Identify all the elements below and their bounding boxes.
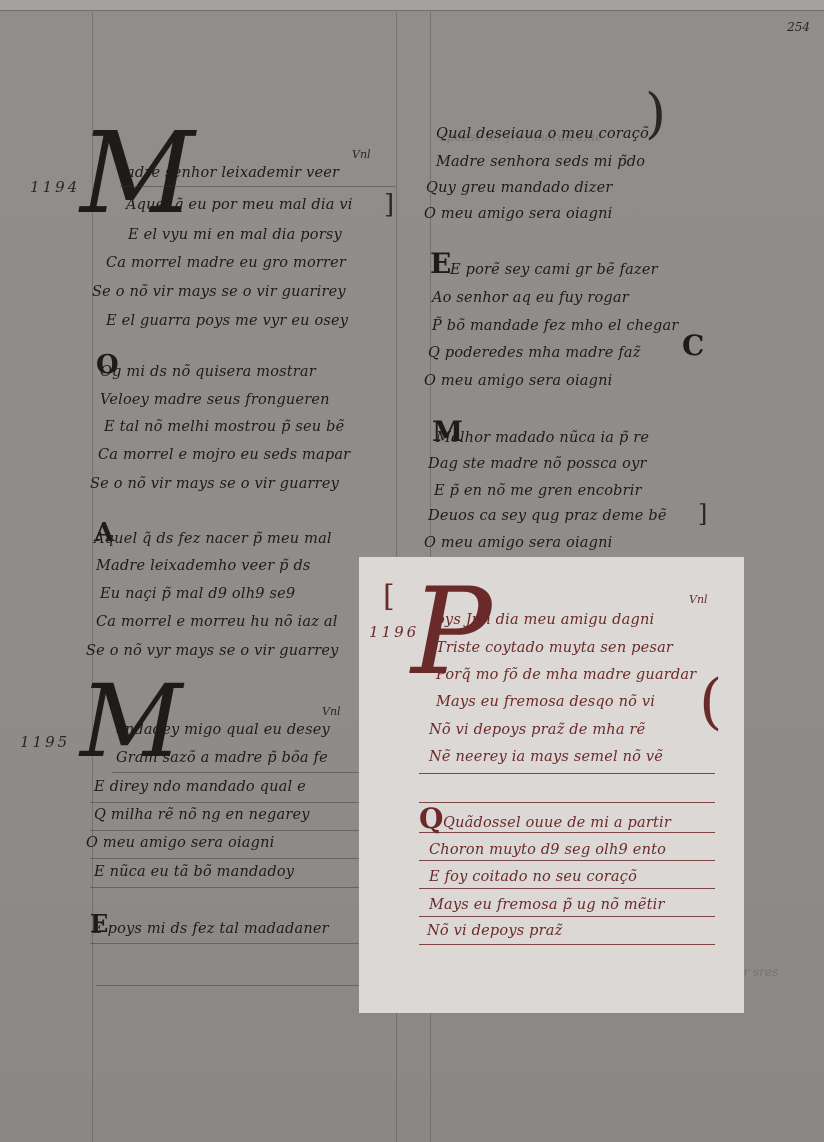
verse-line: O meu amigo sera oiagni — [424, 535, 613, 551]
verse-line: Madre leixademho veer p̃ ds — [96, 558, 311, 574]
ruling — [120, 186, 395, 187]
corner-mark: Vnl — [352, 148, 371, 161]
verse-line: P̃ bõ mandade fez mho el chegar — [432, 318, 678, 334]
corner-mark: Vnl — [322, 705, 341, 718]
verse-line: O meu amigo sera oiagni — [86, 835, 275, 851]
margin-bracket: ( — [699, 667, 722, 737]
verse-line: Madre senhora seds mi p̃do — [436, 154, 645, 170]
verse-line: Porq̃ mo fõ de mha madre guardar — [436, 667, 696, 683]
verse-line: Ca morrel madre eu gro morrer — [106, 255, 346, 271]
verse-line: Qual deseiaua o meu coraçõ — [436, 126, 649, 142]
ruling — [90, 887, 390, 888]
ruling — [419, 916, 715, 917]
ruling — [90, 943, 390, 944]
ruling — [90, 830, 390, 831]
stanza-initial: E — [430, 250, 451, 278]
verse-line: O meu amigo sera oiagni — [424, 373, 613, 389]
manuscript-page: 254 cpoese ler fres moran eme nos aanau … — [0, 0, 824, 1142]
verse-line: Mays eu fremosa p̃ ug nõ mẽtir — [429, 897, 665, 913]
verse-line: Dag ste madre nõ possca oyr — [428, 456, 647, 472]
verse-line: Nõ vi depoys praz̃ de mha rẽ — [429, 722, 645, 738]
verse-line: Aquel q̃ ds fez nacer p̃ meu mal — [94, 531, 332, 547]
page-top-edge — [0, 0, 824, 11]
verse-line: adre senhor leixademir veer — [126, 165, 339, 181]
verse-line: Og mi ds nõ quisera mostrar — [100, 364, 316, 380]
verse-line: E p̃ en nõ me gren encobrir — [434, 483, 642, 499]
verse-line: Mays eu fremosa desqo nõ vi — [436, 694, 655, 710]
verse-line: Quãdossel ouue de mi a partir — [443, 815, 671, 831]
verse-line: O meu amigo sera oiagni — [424, 206, 613, 222]
verse-line: Q milha rẽ nõ ng en negarey — [94, 807, 310, 823]
ruling — [90, 802, 390, 803]
verse-line: Ca morrel e morreu hu nõ iaz al — [96, 614, 338, 630]
ruling — [419, 802, 715, 803]
verse-line: Se o nõ vir mays se o vir guarrey — [90, 476, 339, 492]
verse-line: Se o nõ vir mays se o vir guarirey — [92, 284, 346, 300]
verse-line: E foy coitado no seu coraçõ — [429, 869, 637, 885]
verse-line: E el guarra poys me vyr eu osey — [106, 313, 348, 329]
ruling — [419, 860, 715, 861]
verse-line: Veloey madre seus frongueren — [100, 392, 330, 408]
verse-line: Ao senhor aq eu fuy rogar — [432, 290, 629, 306]
verse-line: Choron muyto d9 seg olh9 ento — [429, 842, 666, 858]
verse-line: Q poderedes mha madre faz̃ — [428, 345, 641, 361]
corner-mark: Vnl — [689, 593, 708, 606]
verse-line: Deuos ca sey qug praz deme bẽ — [428, 508, 667, 524]
verse-line: Triste coytado muyta sen pesar — [436, 640, 673, 656]
highlighted-region: 1196 P Vnl [ oys Jun dia meu amigu dagni… — [359, 557, 744, 1013]
verse-line: Nẽ neerey ia mays semel nõ vẽ — [429, 749, 663, 765]
margin-bracket: ) — [645, 82, 666, 145]
verse-line: oys Jun dia meu amigu dagni — [436, 612, 654, 628]
margin-bracket: [ — [383, 579, 395, 614]
verse-line: Se o nõ vyr mays se o vir guarrey — [86, 643, 339, 659]
ruling — [419, 888, 715, 889]
verse-line: Gram sazõ a madre p̃ bõa fe — [116, 750, 328, 766]
ruling — [96, 985, 392, 986]
ruling — [419, 773, 715, 774]
margin-bracket: ] — [384, 190, 394, 220]
stanza-initial: Q — [419, 805, 443, 833]
verse-line: Aquel q̃ eu por meu mal dia vi — [126, 197, 353, 213]
verse-line: Melhor madado nũca ia p̃ re — [436, 430, 649, 446]
verse-line: E porẽ sey cami gr bẽ fazer — [450, 262, 658, 278]
verse-line: andadey migo qual eu desey — [116, 722, 330, 738]
folio-number: 254 — [787, 20, 810, 34]
verse-line: Ca morrel e mojro eu seds mapar — [98, 447, 350, 463]
verse-line: E poys mi ds fez tal madadaner — [92, 921, 329, 937]
verse-line: Quy greu mandado dizer — [426, 180, 613, 196]
ruling — [419, 832, 715, 833]
ruling — [90, 858, 390, 859]
verse-line: E nũca eu tã bõ mandadoy — [94, 864, 294, 880]
verse-line: E tal nõ melhi mostrou p̃ seu bẽ — [104, 419, 344, 435]
verse-line: E el vyu mi en mal dia porsy — [128, 227, 342, 243]
poem-number: 1195 — [20, 733, 70, 751]
paragraph-mark: C — [682, 332, 704, 360]
margin-bracket: ] — [698, 500, 707, 528]
ruling — [419, 944, 715, 945]
verse-line: Nõ vi depoys praz̃ — [427, 923, 562, 939]
poem-number: 1194 — [30, 178, 80, 196]
verse-line: Eu naçi p̃ mal d9 olh9 se9 — [100, 586, 295, 602]
verse-line: E direy ndo mandado qual e — [94, 779, 306, 795]
